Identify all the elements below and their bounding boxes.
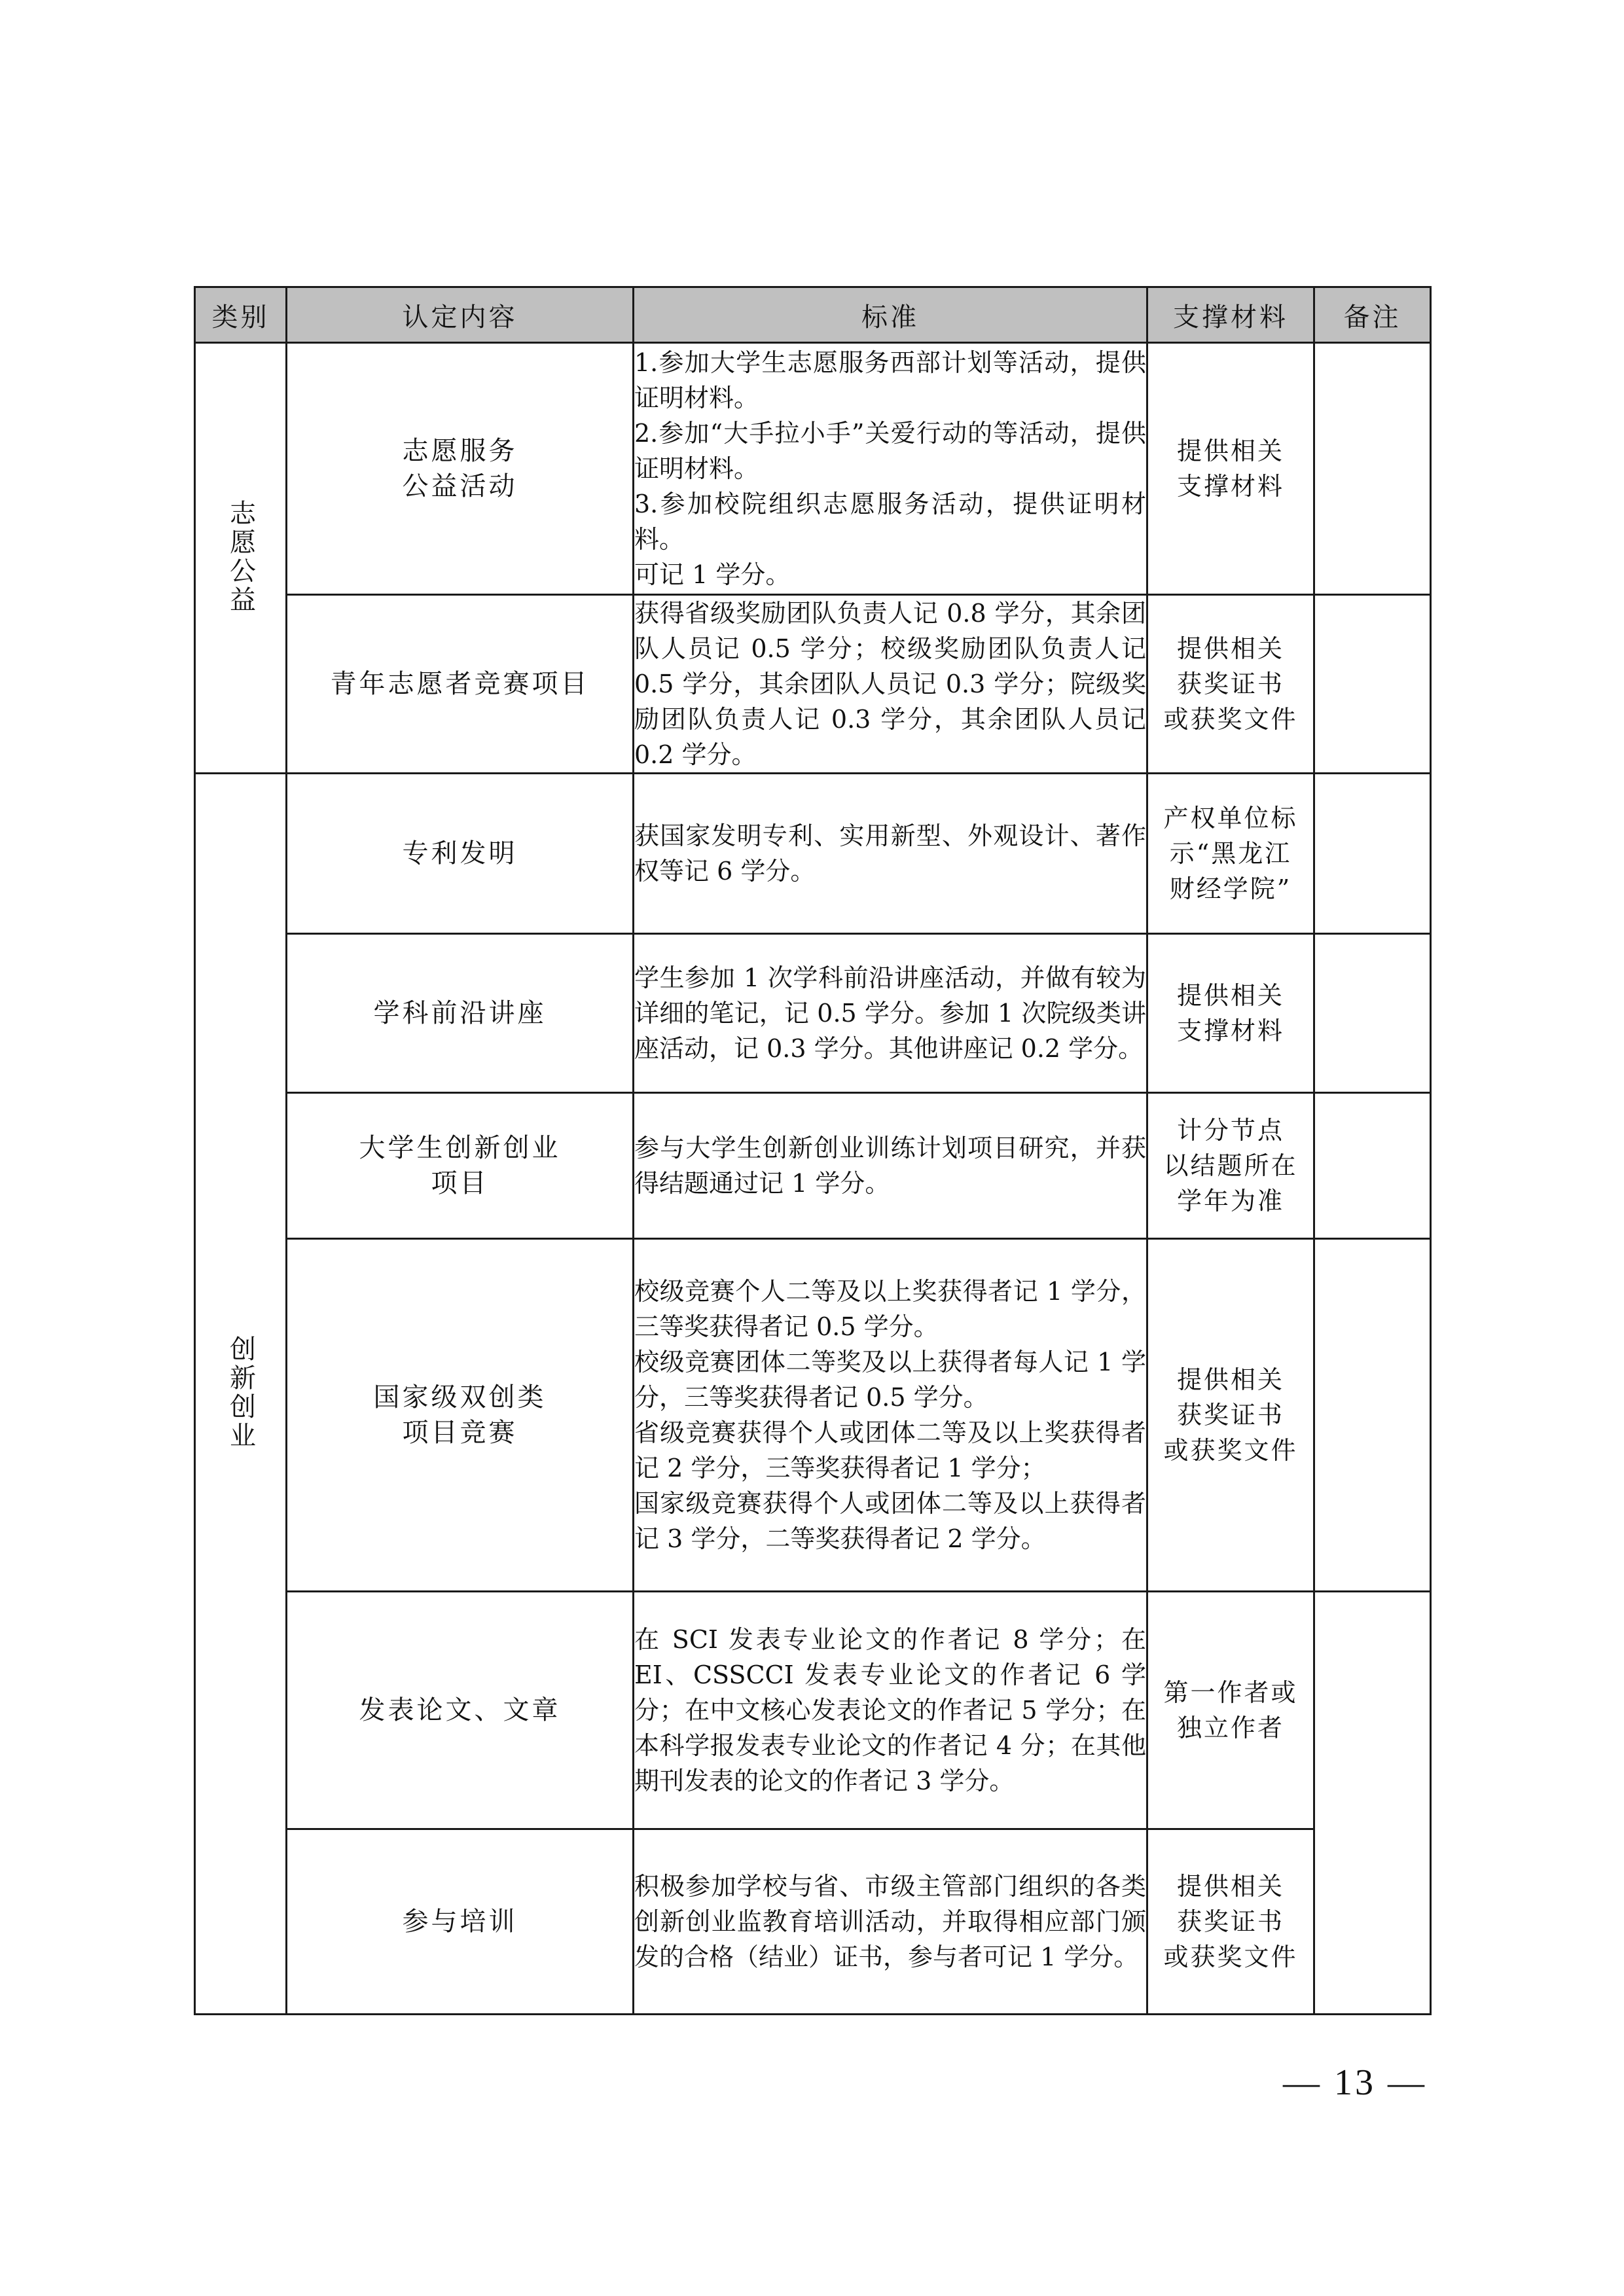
notes-cell (1314, 1093, 1431, 1239)
notes-cell (1314, 934, 1431, 1093)
notes-cell (1314, 1239, 1431, 1592)
credit-recognition-table: 类别 认定内容 标准 支撑材料 备注 志愿公益 志愿服务 公益活动 1.参加大学… (194, 286, 1432, 2015)
item-cell: 大学生创新创业 项目 (287, 1093, 634, 1239)
table-row: 国家级双创类 项目竞赛 校级竞赛个人二等及以上奖获得者记 1 学分，三等奖获得者… (195, 1239, 1431, 1592)
standard-cell: 1.参加大学生志愿服务西部计划等活动，提供证明材料。 2.参加“大手拉小手”关爱… (634, 343, 1147, 595)
support-cell: 计分节点 以结题所在 学年为准 (1147, 1093, 1314, 1239)
item-cell: 青年志愿者竞赛项目 (287, 595, 634, 774)
category-label: 志愿公益 (228, 499, 254, 615)
category-innovation: 创新创业 (195, 774, 287, 2015)
standard-cell: 获国家发明专利、实用新型、外观设计、著作权等记 6 学分。 (634, 774, 1147, 934)
standard-cell: 校级竞赛个人二等及以上奖获得者记 1 学分，三等奖获得者记 0.5 学分。 校级… (634, 1239, 1147, 1592)
table-row: 学科前沿讲座 学生参加 1 次学科前沿讲座活动，并做有较为详细的笔记，记 0.5… (195, 934, 1431, 1093)
table-row: 大学生创新创业 项目 参与大学生创新创业训练计划项目研究，并获得结题通过记 1 … (195, 1093, 1431, 1239)
support-cell: 提供相关 支撑材料 (1147, 934, 1314, 1093)
table-row: 参与培训 积极参加学校与省、市级主管部门组织的各类创新创业监教育培训活动，并取得… (195, 1829, 1431, 2015)
header-category: 类别 (195, 287, 287, 343)
item-cell: 专利发明 (287, 774, 634, 934)
header-support: 支撑材料 (1147, 287, 1314, 343)
table-header-row: 类别 认定内容 标准 支撑材料 备注 (195, 287, 1431, 343)
standard-cell: 获得省级奖励团队负责人记 0.8 学分，其余团队人员记 0.5 学分；校级奖励团… (634, 595, 1147, 774)
item-cell: 发表论文、文章 (287, 1592, 634, 1829)
page-number: — 13 — (1283, 2062, 1427, 2104)
standard-cell: 在 SCI 发表专业论文的作者记 8 学分；在 EI、CSSCCI 发表专业论文… (634, 1592, 1147, 1829)
notes-cell (1314, 343, 1431, 595)
item-cell: 国家级双创类 项目竞赛 (287, 1239, 634, 1592)
standard-cell: 参与大学生创新创业训练计划项目研究，并获得结题通过记 1 学分。 (634, 1093, 1147, 1239)
item-cell: 参与培训 (287, 1829, 634, 2015)
standard-cell: 学生参加 1 次学科前沿讲座活动，并做有较为详细的笔记，记 0.5 学分。参加 … (634, 934, 1147, 1093)
item-cell: 学科前沿讲座 (287, 934, 634, 1093)
support-cell: 提供相关 获奖证书 或获奖文件 (1147, 1239, 1314, 1592)
notes-cell (1314, 774, 1431, 934)
category-volunteer: 志愿公益 (195, 343, 287, 774)
support-cell: 提供相关 获奖证书 或获奖文件 (1147, 1829, 1314, 2015)
notes-cell (1314, 595, 1431, 774)
category-label: 创新创业 (228, 1335, 254, 1450)
support-cell: 提供相关 支撑材料 (1147, 343, 1314, 595)
header-standard: 标准 (634, 287, 1147, 343)
table-row: 志愿公益 志愿服务 公益活动 1.参加大学生志愿服务西部计划等活动，提供证明材料… (195, 343, 1431, 595)
support-cell: 产权单位标 示“黑龙江 财经学院” (1147, 774, 1314, 934)
table-row: 发表论文、文章 在 SCI 发表专业论文的作者记 8 学分；在 EI、CSSCC… (195, 1592, 1431, 1829)
header-notes: 备注 (1314, 287, 1431, 343)
table-row: 创新创业 专利发明 获国家发明专利、实用新型、外观设计、著作权等记 6 学分。 … (195, 774, 1431, 934)
item-cell: 志愿服务 公益活动 (287, 343, 634, 595)
header-item: 认定内容 (287, 287, 634, 343)
notes-cell-merged (1314, 1592, 1431, 2015)
support-cell: 第一作者或 独立作者 (1147, 1592, 1314, 1829)
support-cell: 提供相关 获奖证书 或获奖文件 (1147, 595, 1314, 774)
standard-cell: 积极参加学校与省、市级主管部门组织的各类创新创业监教育培训活动，并取得相应部门颁… (634, 1829, 1147, 2015)
table-row: 青年志愿者竞赛项目 获得省级奖励团队负责人记 0.8 学分，其余团队人员记 0.… (195, 595, 1431, 774)
